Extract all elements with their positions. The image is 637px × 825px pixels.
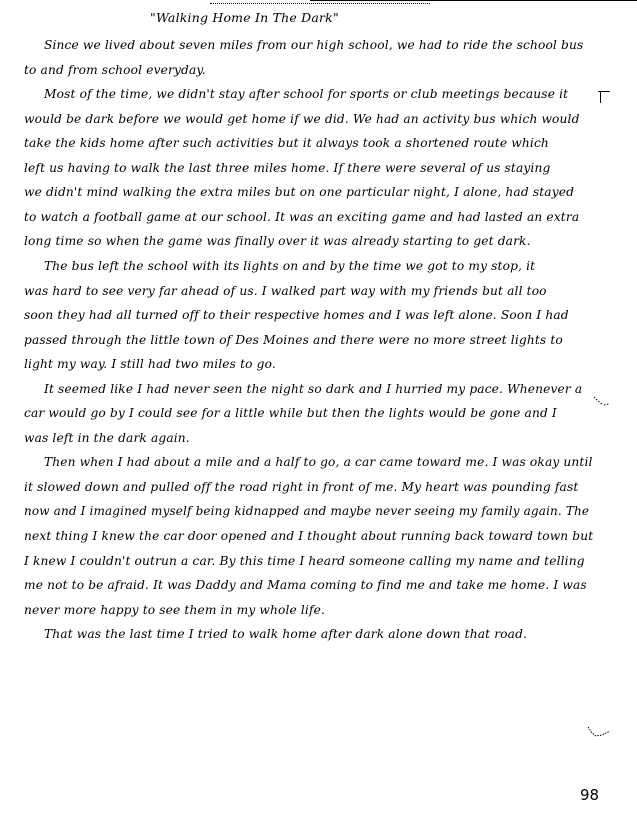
text-line: soon they had all turned off to their re… [24,308,569,322]
text-line: long time so when the game was finally o… [24,234,531,248]
text-line: passed through the little town of Des Mo… [24,333,563,347]
text-line: was left in the dark again. [24,431,190,445]
text-line: was hard to see very far ahead of us. I … [24,284,547,298]
text-line: It seemed like I had never seen the nigh… [44,382,582,396]
text-line: Since we lived about seven miles from ou… [44,38,583,52]
text-line: light my way. I still had two miles to g… [24,357,276,371]
text-line: I knew I couldn't outrun a car. By this … [24,554,585,568]
margin-scribble [584,725,614,741]
story-title: "Walking Home In The Dark" [150,10,339,25]
text-line: it slowed down and pulled off the road r… [24,480,578,494]
text-line: The bus left the school with its lights … [44,259,535,273]
text-line: now and I imagined myself being kidnappe… [24,504,589,518]
text-line: next thing I knew the car door opened an… [24,529,593,543]
margin-scribble [592,395,612,409]
text-line: would be dark before we would get home i… [24,112,580,126]
text-line: never more happy to see them in my whole… [24,603,325,617]
text-line: we didn't mind walking the extra miles b… [24,185,574,199]
page-number: 98 [580,786,599,804]
text-line: car would go by I could see for a little… [24,406,557,420]
text-line: Then when I had about a mile and a half … [44,455,593,469]
text-line: left us having to walk the last three mi… [24,161,550,175]
text-line: take the kids home after such activities… [24,136,549,150]
scan-edge-line [310,0,637,1]
margin-mark [596,91,610,103]
scan-noise [210,3,430,5]
text-line: me not to be afraid. It was Daddy and Ma… [24,578,587,592]
text-line: to watch a football game at our school. … [24,210,579,224]
text-line: Most of the time, we didn't stay after s… [44,87,568,101]
text-line: to and from school everyday. [24,63,206,77]
text-line: That was the last time I tried to walk h… [44,627,527,641]
